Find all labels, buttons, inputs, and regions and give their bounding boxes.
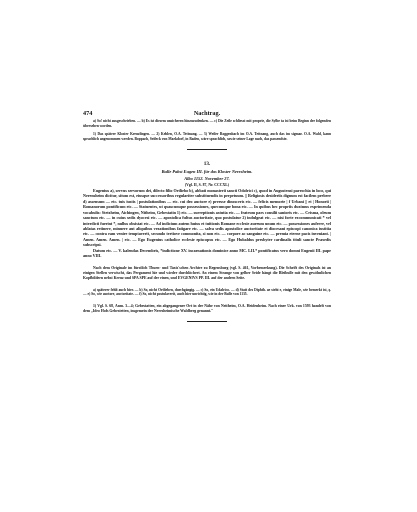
running-head-title: Nachtrag.	[83, 108, 331, 119]
charter-text: Eugenius a), servus servorum dei, dilect…	[83, 188, 331, 248]
charter-dating-clause: Datum etc. — V. kalendas Decembris, *ind…	[83, 248, 331, 259]
spacer	[83, 259, 331, 266]
source-note: Nach dem Originale im fürstlich Thurn- u…	[83, 266, 331, 281]
spacer	[83, 281, 331, 288]
end-divider	[187, 321, 227, 322]
document-date: Albo 1152. November 27.	[83, 175, 331, 182]
bottom-numbered-footnotes: 1) Vgl. S. 68, Anm. 3—4; Gebestatten, ei…	[83, 304, 331, 314]
bottom-lettered-footnotes: a) spâterer fehlt auch hier. — b) So, ni…	[83, 288, 331, 297]
spacer	[83, 314, 331, 321]
spacer	[83, 297, 331, 304]
document-page: 474 Nachtrag. a) So! nicht ausgeschriebe…	[83, 108, 331, 322]
document-title: Bulle Pabst Eugen III. für das Kloster N…	[83, 168, 331, 175]
spacer	[83, 142, 331, 149]
spacer	[83, 150, 331, 157]
running-head: 474 Nachtrag.	[83, 108, 331, 119]
document-number: 13.	[83, 161, 331, 168]
top-lettered-footnotes: a) So! nicht ausgeschrieben. — b) Es ist…	[83, 119, 331, 128]
top-numbered-footnotes: 1) Das spätere Kloster Kreuzlingen. — 2)…	[83, 132, 331, 141]
